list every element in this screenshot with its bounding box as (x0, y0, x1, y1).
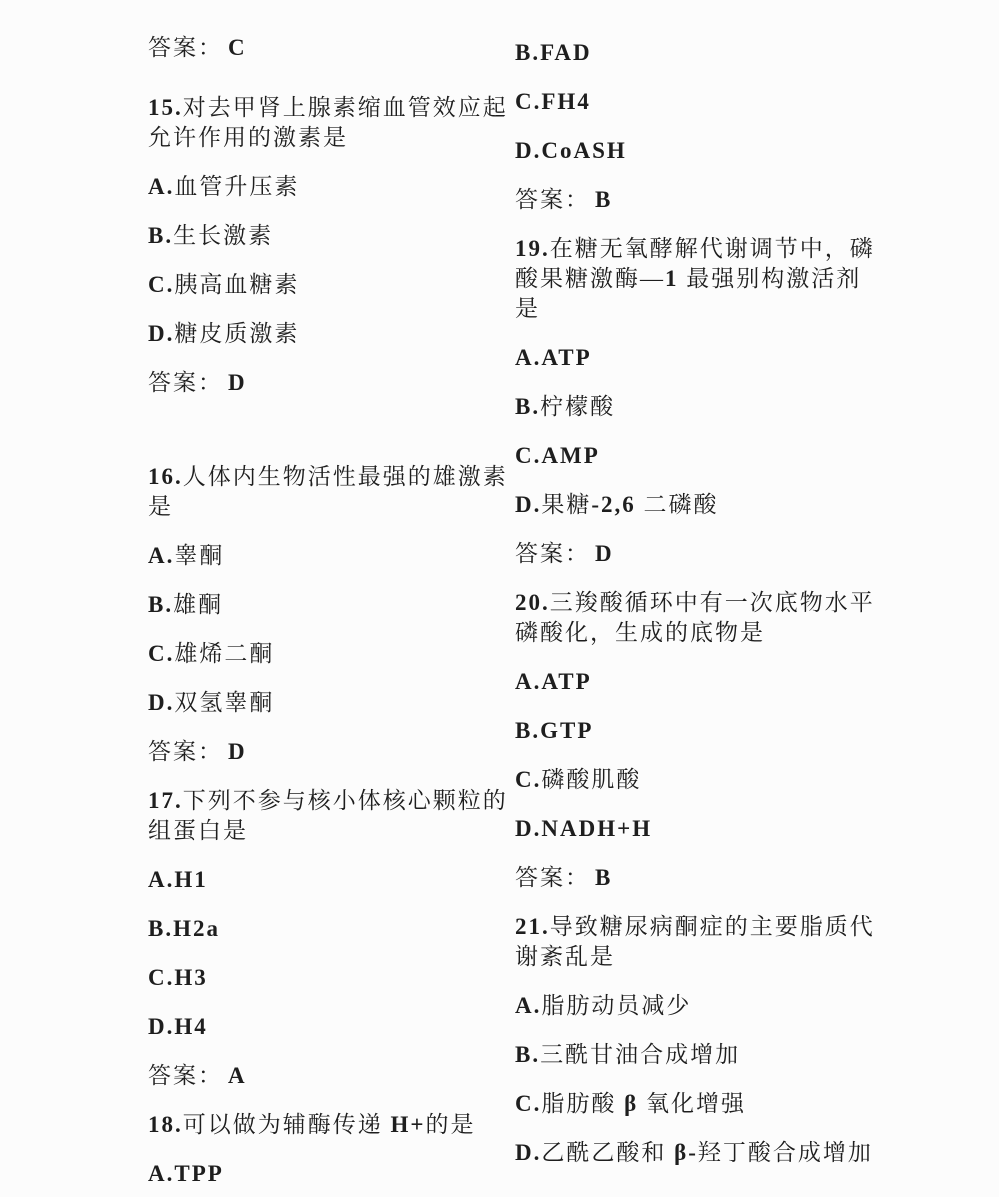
right-column: B.FAD C.FH4 D.CoASH 答案：B 19.在糖无氧酵解代谢调节中，… (515, 0, 935, 1168)
question-16-line-1: 16.人体内生物活性最强的雄激素 (148, 462, 508, 492)
question-19-line-1: 19.在糖无氧酵解代谢调节中，磷 (515, 234, 935, 264)
exam-page: { "page": { "background_color": "#fcfcfc… (0, 0, 999, 1197)
q15-option-c: C.胰高血糖素 (148, 270, 508, 300)
answer-label: 答案： (148, 35, 223, 60)
q19-option-d: D.果糖-2,6 二磷酸 (515, 490, 935, 520)
q17-option-b: B.H2a (148, 914, 508, 944)
answer-value: A (228, 1063, 247, 1088)
q17-option-a: A.H1 (148, 865, 508, 895)
option-text: FAD (540, 40, 592, 65)
option-text: 雄烯二酮 (174, 641, 274, 666)
question-text: 导致糖尿病酮症的主要脂质代 (550, 914, 875, 939)
option-letter: D. (148, 1014, 174, 1039)
question-number: 20. (515, 590, 550, 615)
q15-option-a: A.血管升压素 (148, 172, 508, 202)
option-text-bold: -2,6 (591, 492, 635, 517)
q21-option-a: A.脂肪动员减少 (515, 991, 935, 1021)
question-text: 对去甲肾上腺素缩血管效应起 (183, 95, 508, 120)
q19-option-a: A.ATP (515, 343, 935, 373)
option-text: 双氢睾酮 (174, 690, 274, 715)
question-text-bold: H+ (391, 1112, 426, 1137)
answer-line-q14: 答案：C (148, 33, 508, 63)
q20-option-b: B.GTP (515, 716, 935, 746)
question-text: 谢紊乱是 (515, 944, 615, 969)
answer-value: D (228, 370, 247, 395)
question-text: 是 (515, 296, 540, 321)
q19-option-b: B.柠檬酸 (515, 392, 935, 422)
option-text: 三酰甘油合成增加 (540, 1042, 740, 1067)
option-letter: C. (515, 767, 541, 792)
option-text: ATP (541, 345, 591, 370)
option-letter: B. (148, 223, 173, 248)
option-letter: B. (148, 916, 173, 941)
question-text: 允许作用的激素是 (148, 125, 348, 150)
question-19-line-2: 酸果糖激酶—1 最强别构激活剂 (515, 264, 935, 294)
question-18-line-1: 18.可以做为辅酶传递 H+的是 (148, 1110, 508, 1140)
answer-line-q15: 答案：D (148, 368, 508, 398)
question-21-line-1: 21.导致糖尿病酮症的主要脂质代 (515, 912, 935, 942)
option-letter: B. (515, 1042, 540, 1067)
option-text: ATP (541, 669, 591, 694)
question-text: 三羧酸循环中有一次底物水平 (550, 590, 875, 615)
question-text: 在糖无氧酵解代谢调节中，磷 (550, 236, 875, 261)
option-letter: C. (515, 1091, 541, 1116)
option-letter: A. (515, 345, 541, 370)
option-text-bold: β- (674, 1140, 698, 1165)
q18-option-b: B.FAD (515, 38, 935, 68)
question-19-line-3: 是 (515, 294, 935, 324)
q17-option-c: C.H3 (148, 963, 508, 993)
option-text: GTP (540, 718, 593, 743)
answer-line-q20: 答案：B (515, 863, 935, 893)
question-number: 18. (148, 1112, 183, 1137)
question-number: 21. (515, 914, 550, 939)
q20-option-a: A.ATP (515, 667, 935, 697)
q16-option-b: B.雄酮 (148, 590, 508, 620)
option-letter: A. (148, 174, 174, 199)
answer-label: 答案： (515, 541, 590, 566)
question-16-line-2: 是 (148, 492, 508, 522)
q15-option-d: D.糖皮质激素 (148, 319, 508, 349)
question-number: 15. (148, 95, 183, 120)
option-text: 磷酸肌酸 (541, 767, 641, 792)
option-letter: B. (515, 718, 540, 743)
question-number: 19. (515, 236, 550, 261)
option-text: 乙酰乙酸和 (541, 1140, 674, 1165)
option-letter: C. (515, 89, 541, 114)
option-text: 糖皮质激素 (174, 321, 299, 346)
answer-value: D (595, 541, 614, 566)
option-letter: D. (515, 492, 541, 517)
left-column: 答案：C 15.对去甲肾上腺素缩血管效应起 允许作用的激素是 A.血管升压素 B… (148, 0, 508, 1189)
option-text: AMP (541, 443, 599, 468)
answer-value: C (228, 35, 247, 60)
question-text: 最强别构激活剂 (679, 266, 862, 291)
q20-option-d: D.NADH+H (515, 814, 935, 844)
option-text: 氧化增强 (638, 1091, 746, 1116)
option-letter: D. (515, 138, 541, 163)
option-text: 脂肪动员减少 (541, 993, 691, 1018)
q21-option-b: B.三酰甘油合成增加 (515, 1040, 935, 1070)
option-text: H1 (174, 867, 207, 892)
option-letter: D. (148, 321, 174, 346)
option-text: 血管升压素 (174, 174, 299, 199)
answer-value: D (228, 739, 247, 764)
option-letter: D. (515, 816, 541, 841)
q16-option-a: A.睾酮 (148, 541, 508, 571)
answer-line-q19: 答案：D (515, 539, 935, 569)
q16-option-c: C.雄烯二酮 (148, 639, 508, 669)
answer-line-q17: 答案：A (148, 1061, 508, 1091)
option-text: H4 (174, 1014, 207, 1039)
answer-value: B (595, 187, 612, 212)
answer-label: 答案： (148, 1063, 223, 1088)
q16-option-d: D.双氢睾酮 (148, 688, 508, 718)
question-15-line-1: 15.对去甲肾上腺素缩血管效应起 (148, 93, 508, 123)
option-text: 果糖 (541, 492, 591, 517)
option-letter: C. (148, 272, 174, 297)
answer-value: B (595, 865, 612, 890)
option-text: NADH+H (541, 816, 652, 841)
option-text: FH4 (541, 89, 590, 114)
q21-option-c: C.脂肪酸 β 氧化增强 (515, 1089, 935, 1119)
question-text: 是 (148, 494, 173, 519)
option-text: 二磷酸 (636, 492, 719, 517)
option-text-bold: β (624, 1091, 638, 1116)
question-20-line-2: 磷酸化，生成的底物是 (515, 618, 935, 648)
option-letter: C. (148, 965, 174, 990)
option-letter: C. (148, 641, 174, 666)
option-text: H2a (173, 916, 220, 941)
option-text: 柠檬酸 (540, 394, 615, 419)
option-text: CoASH (541, 138, 626, 163)
question-15-line-2: 允许作用的激素是 (148, 123, 508, 153)
option-text: 羟丁酸合成增加 (698, 1140, 873, 1165)
option-letter: A. (515, 669, 541, 694)
q19-option-c: C.AMP (515, 441, 935, 471)
option-letter: D. (515, 1140, 541, 1165)
q15-option-b: B.生长激素 (148, 221, 508, 251)
option-letter: B. (148, 592, 173, 617)
option-letter: B. (515, 394, 540, 419)
option-text: 生长激素 (173, 223, 273, 248)
option-text: 脂肪酸 (541, 1091, 624, 1116)
q17-option-d: D.H4 (148, 1012, 508, 1042)
option-letter: C. (515, 443, 541, 468)
q21-option-d: D.乙酰乙酸和 β-羟丁酸合成增加 (515, 1138, 935, 1168)
q18-option-a: A.TPP (148, 1159, 508, 1189)
option-letter: B. (515, 40, 540, 65)
answer-line-q16: 答案：D (148, 737, 508, 767)
question-17-line-1: 17.下列不参与核小体核心颗粒的 (148, 786, 508, 816)
option-letter: A. (148, 543, 174, 568)
answer-label: 答案： (515, 187, 590, 212)
option-text: H3 (174, 965, 207, 990)
option-text: 雄酮 (173, 592, 223, 617)
question-text: 可以做为辅酶传递 (183, 1112, 391, 1137)
question-text-bold: 1 (665, 266, 679, 291)
q18-option-d: D.CoASH (515, 136, 935, 166)
answer-label: 答案： (515, 865, 590, 890)
option-text: 胰高血糖素 (174, 272, 299, 297)
option-letter: A. (148, 867, 174, 892)
question-text: 人体内生物活性最强的雄激素 (183, 464, 508, 489)
option-letter: A. (148, 1161, 174, 1186)
question-text: 磷酸化，生成的底物是 (515, 620, 765, 645)
question-21-line-2: 谢紊乱是 (515, 942, 935, 972)
answer-line-q18: 答案：B (515, 185, 935, 215)
question-20-line-1: 20.三羧酸循环中有一次底物水平 (515, 588, 935, 618)
question-text: 组蛋白是 (148, 818, 248, 843)
option-text: TPP (174, 1161, 223, 1186)
question-number: 17. (148, 788, 183, 813)
answer-label: 答案： (148, 739, 223, 764)
question-text: 酸果糖激酶— (515, 266, 665, 291)
answer-label: 答案： (148, 370, 223, 395)
question-17-line-2: 组蛋白是 (148, 816, 508, 846)
q18-option-c: C.FH4 (515, 87, 935, 117)
question-text: 下列不参与核小体核心颗粒的 (183, 788, 508, 813)
option-letter: D. (148, 690, 174, 715)
option-text: 睾酮 (174, 543, 224, 568)
question-text: 的是 (426, 1112, 476, 1137)
option-letter: A. (515, 993, 541, 1018)
q20-option-c: C.磷酸肌酸 (515, 765, 935, 795)
question-number: 16. (148, 464, 183, 489)
